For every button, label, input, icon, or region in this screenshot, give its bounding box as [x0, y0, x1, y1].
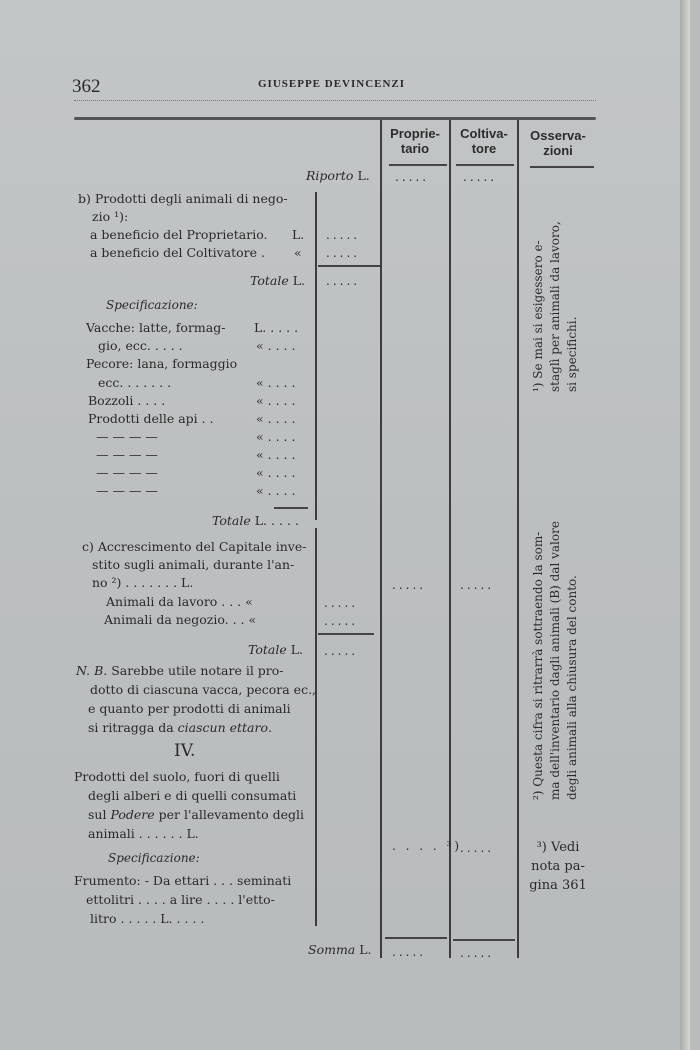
- header-underline-2: [456, 164, 514, 166]
- spec-row-value: « . . . .: [256, 464, 295, 482]
- nota-bene-line-4: si ritragga da ciascun ettaro.: [88, 719, 272, 737]
- spec-row-label: — — — —: [96, 428, 158, 446]
- section-c-row-1: Animali da lavoro . . . «: [106, 593, 253, 611]
- section-c-row-2: Animali da negozio. . . «: [104, 611, 256, 629]
- spec-row-value: « . . . .: [256, 410, 295, 428]
- spec-row-label: — — — —: [96, 446, 158, 464]
- section-iv-line-3: sul Podere per l'allevamento degli: [88, 806, 304, 824]
- header-underline-1: [389, 164, 447, 166]
- note-1: ¹) Se mai si esigessero e- staglì per an…: [530, 221, 581, 392]
- section-iv-line-1: Prodotti del suolo, fuori di quelli: [74, 768, 280, 786]
- section-c-row-1-value: .....: [324, 596, 358, 610]
- section-b-row-1: a beneficio del Proprietario.: [90, 226, 268, 244]
- section-iv-spec-line-1: Frumento: - Da ettari . . . seminati: [74, 872, 291, 890]
- section-b-row-2-value: .....: [326, 246, 360, 260]
- book-page: 362 GIUSEPPE DEVINCENZI Proprie- tario C…: [0, 0, 690, 1050]
- riporto-colt: .....: [463, 170, 497, 184]
- section-c-line-2: stito sugli animali, durante l'an-: [92, 556, 294, 574]
- column-rule-3: [517, 120, 519, 958]
- spec-row-label: ecc. . . . . . .: [98, 374, 171, 392]
- riporto-prop: .....: [395, 170, 429, 184]
- spec-row-label: — — — —: [96, 464, 158, 482]
- section-b-spec-totale: Totale L. . . . .: [212, 512, 299, 530]
- page-edge: [680, 0, 690, 1050]
- section-iv-line-4: animali . . . . . . L.: [88, 825, 199, 843]
- section-b-title-1: b) Prodotti degli animali di nego-: [78, 190, 288, 208]
- riporto-row: Riporto L.: [306, 167, 370, 185]
- section-b-row-1-value: .....: [326, 228, 360, 242]
- section-c-totale-value: .....: [324, 644, 358, 658]
- spec-row-value: « . . . .: [256, 482, 295, 500]
- spec-row-value: « . . . .: [256, 337, 295, 355]
- section-c-row-2-value: .....: [324, 614, 358, 628]
- somma-row: Somma L.: [308, 941, 372, 959]
- column-rule-1: [380, 120, 382, 958]
- subcolumn-rule-c: [315, 528, 317, 926]
- dotted-rule: [74, 100, 596, 101]
- spec-row-value: « . . . .: [256, 446, 295, 464]
- section-iv-spec-title: Specificazione:: [108, 849, 200, 867]
- spec-row-label: — — — —: [96, 482, 158, 500]
- spec-row-label: Vacche: latte, formag-: [86, 319, 225, 337]
- column-header-coltivatore: Coltiva- tore: [451, 126, 517, 156]
- spec-row-label: Pecore: lana, formaggio: [86, 355, 237, 373]
- spec-row-label: Bozzoli . . . .: [88, 392, 165, 410]
- column-rule-2: [449, 120, 451, 958]
- somma-colt: .....: [460, 946, 494, 960]
- section-iv-spec-line-2: ettolitri . . . . a lire . . . . l'etto-: [86, 891, 275, 909]
- subcolumn-rule-b: [315, 192, 317, 520]
- spec-row-label: gio, ecc. . . . .: [98, 337, 183, 355]
- section-b-spec-title: Specificazione:: [106, 296, 198, 314]
- spec-row-value: « . . . .: [256, 374, 295, 392]
- section-c-colt: .....: [460, 578, 494, 592]
- spec-row-label: Prodotti delle api . .: [88, 410, 214, 428]
- section-iv-prop: . . . . ³): [392, 839, 462, 853]
- note-3: ³) Vedi nota pa- gina 361: [522, 838, 594, 895]
- section-c-line-3: no ²) . . . . . . . L.: [92, 574, 193, 592]
- section-c-sum-rule: [318, 633, 374, 635]
- section-b-sum-rule: [318, 265, 380, 267]
- somma-rule-prop: [385, 937, 447, 939]
- note-2: ²) Questa cifra si ritrarrà sottraendo l…: [530, 521, 581, 800]
- section-b-title-2: zio ¹):: [92, 208, 128, 226]
- nota-bene-line-3: e quanto per prodotti di animali: [88, 700, 291, 718]
- section-b-row-1-unit: L.: [292, 226, 304, 244]
- section-iv-colt: .....: [460, 841, 494, 855]
- section-c-totale: Totale L.: [248, 641, 303, 659]
- spec-row-value: « . . . .: [256, 392, 295, 410]
- column-header-proprietario: Proprie- tario: [382, 126, 448, 156]
- spec-row-value: L. . . . .: [254, 319, 298, 337]
- spec-sum-rule: [274, 507, 308, 509]
- somma-rule-colt: [453, 939, 515, 941]
- section-iv-spec-line-3: litro . . . . . L. . . . .: [90, 910, 204, 928]
- page-number: 362: [72, 76, 101, 98]
- column-header-osservazioni: Osserva- zioni: [522, 128, 594, 158]
- section-b-row-2-unit: «: [294, 244, 302, 262]
- header-underline-3: [530, 166, 594, 168]
- section-iv-line-2: degli alberi e di quelli consumati: [88, 787, 296, 805]
- section-iv-numeral: IV.: [174, 742, 195, 760]
- nota-bene-line-1: N. B. Sarebbe utile notare il pro-: [76, 662, 284, 680]
- section-b-row-2: a beneficio del Coltivatore .: [90, 244, 265, 262]
- section-b-totale-value: .....: [326, 274, 360, 288]
- nota-bene-line-2: dotto di ciascuna vacca, pecora ec.,: [90, 681, 316, 699]
- somma-prop: .....: [392, 945, 426, 959]
- section-c-prop: .....: [392, 578, 426, 592]
- spec-row-value: « . . . .: [256, 428, 295, 446]
- running-title: GIUSEPPE DEVINCENZI: [258, 78, 405, 90]
- section-c-line-1: c) Accrescimento del Capitale inve-: [82, 538, 306, 556]
- section-b-totale: Totale L.: [250, 272, 305, 290]
